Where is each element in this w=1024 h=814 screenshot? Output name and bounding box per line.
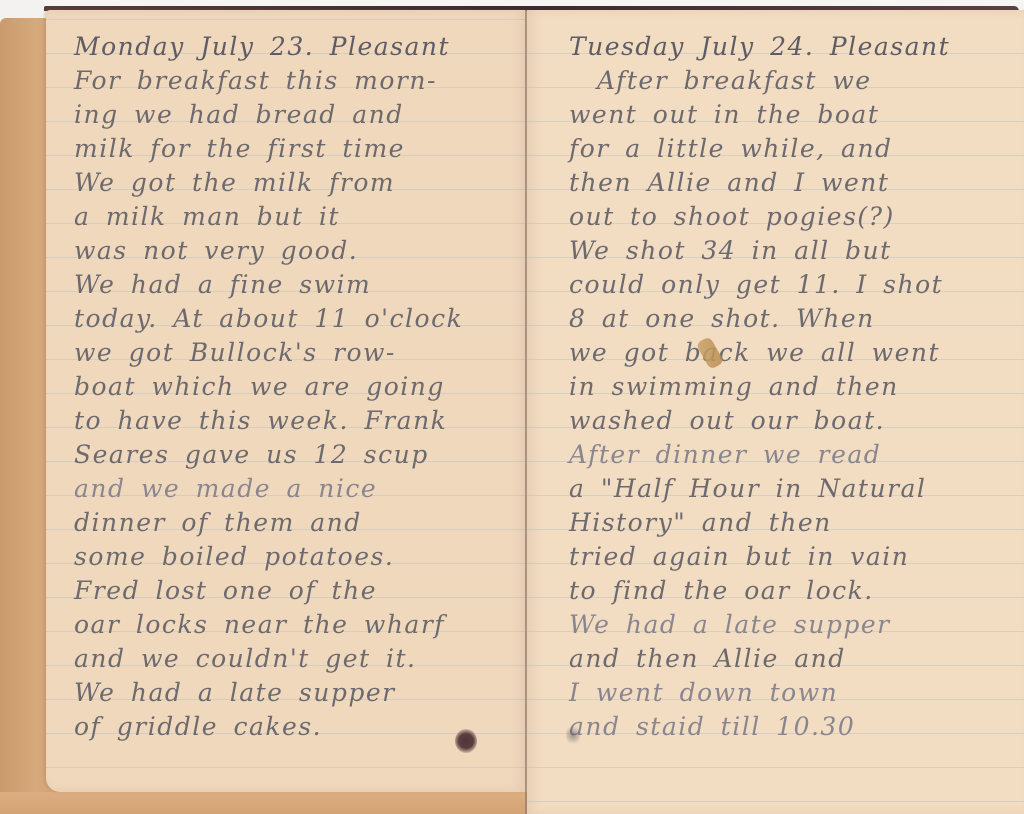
entry-line: a milk man but it: [74, 200, 516, 234]
entry-line: washed out our boat.: [569, 404, 1014, 438]
entry-line: in swimming and then: [569, 370, 1014, 404]
entry-line: Seares gave us 12 scup: [74, 438, 516, 472]
diary-entry-july-24: Tuesday July 24. Pleasant After breakfas…: [527, 10, 1024, 814]
entry-line: History" and then: [569, 506, 1014, 540]
entry-line: today. At about 11 o'clock: [74, 302, 516, 336]
entry-line: After breakfast we: [569, 64, 1014, 98]
entry-line: boat which we are going: [74, 370, 516, 404]
left-page: Monday July 23. Pleasant For breakfast t…: [46, 10, 526, 792]
entry-heading: Monday July 23. Pleasant: [74, 30, 516, 64]
entry-line: and staid till 10.30: [569, 710, 1014, 744]
entry-line: was not very good.: [74, 234, 516, 268]
entry-line: We got the milk from: [74, 166, 516, 200]
notebook-back-cover-bottom: [0, 792, 540, 814]
entry-line: We had a fine swim: [74, 268, 516, 302]
entry-line: After dinner we read: [569, 438, 1014, 472]
diary-entry-july-23: Monday July 23. Pleasant For breakfast t…: [46, 10, 526, 792]
entry-line: We shot 34 in all but: [569, 234, 1014, 268]
ink-blot: [455, 729, 477, 753]
entry-line: and then Allie and: [569, 642, 1014, 676]
entry-line: and we made a nice: [74, 472, 516, 506]
entry-line: then Allie and I went: [569, 166, 1014, 200]
entry-line: I went down town: [569, 676, 1014, 710]
entry-line: Fred lost one of the: [74, 574, 516, 608]
binding-gutter: [525, 10, 527, 814]
entry-line: we got back we all went: [569, 336, 1014, 370]
entry-line: and we couldn't get it.: [74, 642, 516, 676]
entry-line: to find the oar lock.: [569, 574, 1014, 608]
right-page: Tuesday July 24. Pleasant After breakfas…: [527, 10, 1024, 814]
entry-line: We had a late supper: [569, 608, 1014, 642]
entry-line: out to shoot pogies(?): [569, 200, 1014, 234]
entry-line: 8 at one shot. When: [569, 302, 1014, 336]
entry-line: oar locks near the wharf: [74, 608, 516, 642]
entry-line: we got Bullock's row-: [74, 336, 516, 370]
entry-line: of griddle cakes.: [74, 710, 516, 744]
entry-line: ing we had bread and: [74, 98, 516, 132]
entry-line: dinner of them and: [74, 506, 516, 540]
entry-line: tried again but in vain: [569, 540, 1014, 574]
entry-line: some boiled potatoes.: [74, 540, 516, 574]
entry-line: to have this week. Frank: [74, 404, 516, 438]
pencil-smudge: [566, 724, 580, 746]
entry-line: a "Half Hour in Natural: [569, 472, 1014, 506]
entry-line: We had a late supper: [74, 676, 516, 710]
entry-line: milk for the first time: [74, 132, 516, 166]
entry-line: went out in the boat: [569, 98, 1014, 132]
entry-line: could only get 11. I shot: [569, 268, 1014, 302]
entry-line: for a little while, and: [569, 132, 1014, 166]
entry-heading: Tuesday July 24. Pleasant: [569, 30, 1014, 64]
entry-line: For breakfast this morn-: [74, 64, 516, 98]
